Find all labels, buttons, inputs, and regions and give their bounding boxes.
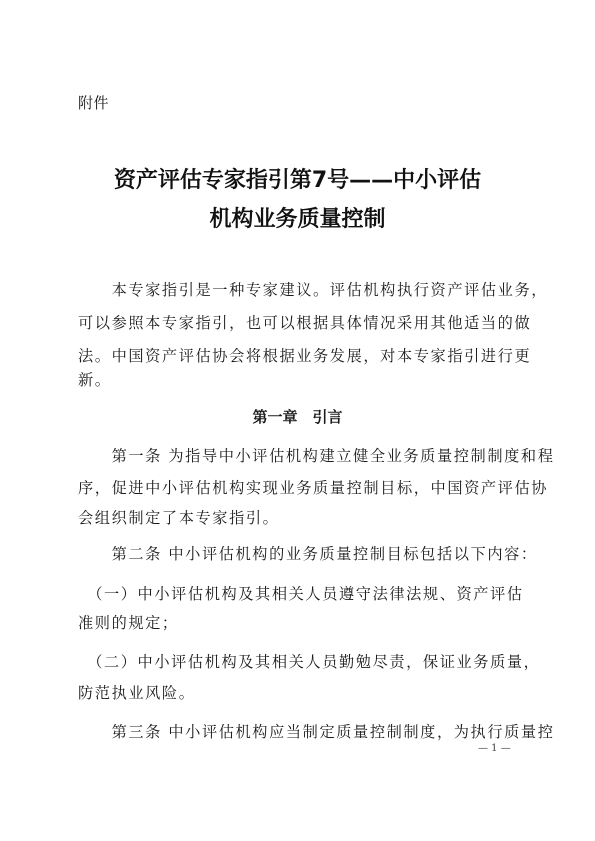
item-2-line: 防范执业风险。 — [78, 683, 523, 703]
document-page: 附件 资产评估专家指引第7号——中小评估 机构业务质量控制 本专家指引是一种专家… — [0, 0, 595, 841]
article-1-line: 序，促进中小评估机构实现业务质量控制目标，中国资产评估协 — [78, 478, 523, 498]
article-1-line: 第一条 为指导中小评估机构建立健全业务质量控制制度和程 — [78, 446, 523, 466]
item-1-line: （一）中小评估机构及其相关人员遵守法律法规、资产评估 — [78, 584, 523, 604]
chapter-heading: 第一章 引言 — [0, 406, 595, 427]
document-title-line-1: 资产评估专家指引第7号——中小评估 — [0, 163, 595, 194]
preface-line: 新。 — [78, 370, 523, 390]
article-1-line: 会组织制定了本专家指引。 — [78, 508, 523, 528]
document-title-line-2: 机构业务质量控制 — [0, 202, 595, 233]
article-3-line: 第三条 中小评估机构应当制定质量控制制度，为执行质量控 — [78, 722, 523, 742]
attachment-label: 附件 — [78, 92, 109, 113]
item-1-line: 准则的规定； — [78, 613, 523, 633]
preface-line: 可以参照本专家指引，也可以根据具体情况采用其他适当的做 — [78, 313, 523, 333]
preface-line: 法。中国资产评估协会将根据业务发展，对本专家指引进行更 — [78, 346, 523, 366]
article-2-line: 第二条 中小评估机构的业务质量控制目标包括以下内容： — [78, 544, 523, 564]
preface-line: 本专家指引是一种专家建议。评估机构执行资产评估业务， — [78, 280, 523, 300]
page-number: — 1 — — [478, 743, 511, 754]
item-2-line: （二）中小评估机构及其相关人员勤勉尽责，保证业务质量， — [78, 652, 523, 672]
